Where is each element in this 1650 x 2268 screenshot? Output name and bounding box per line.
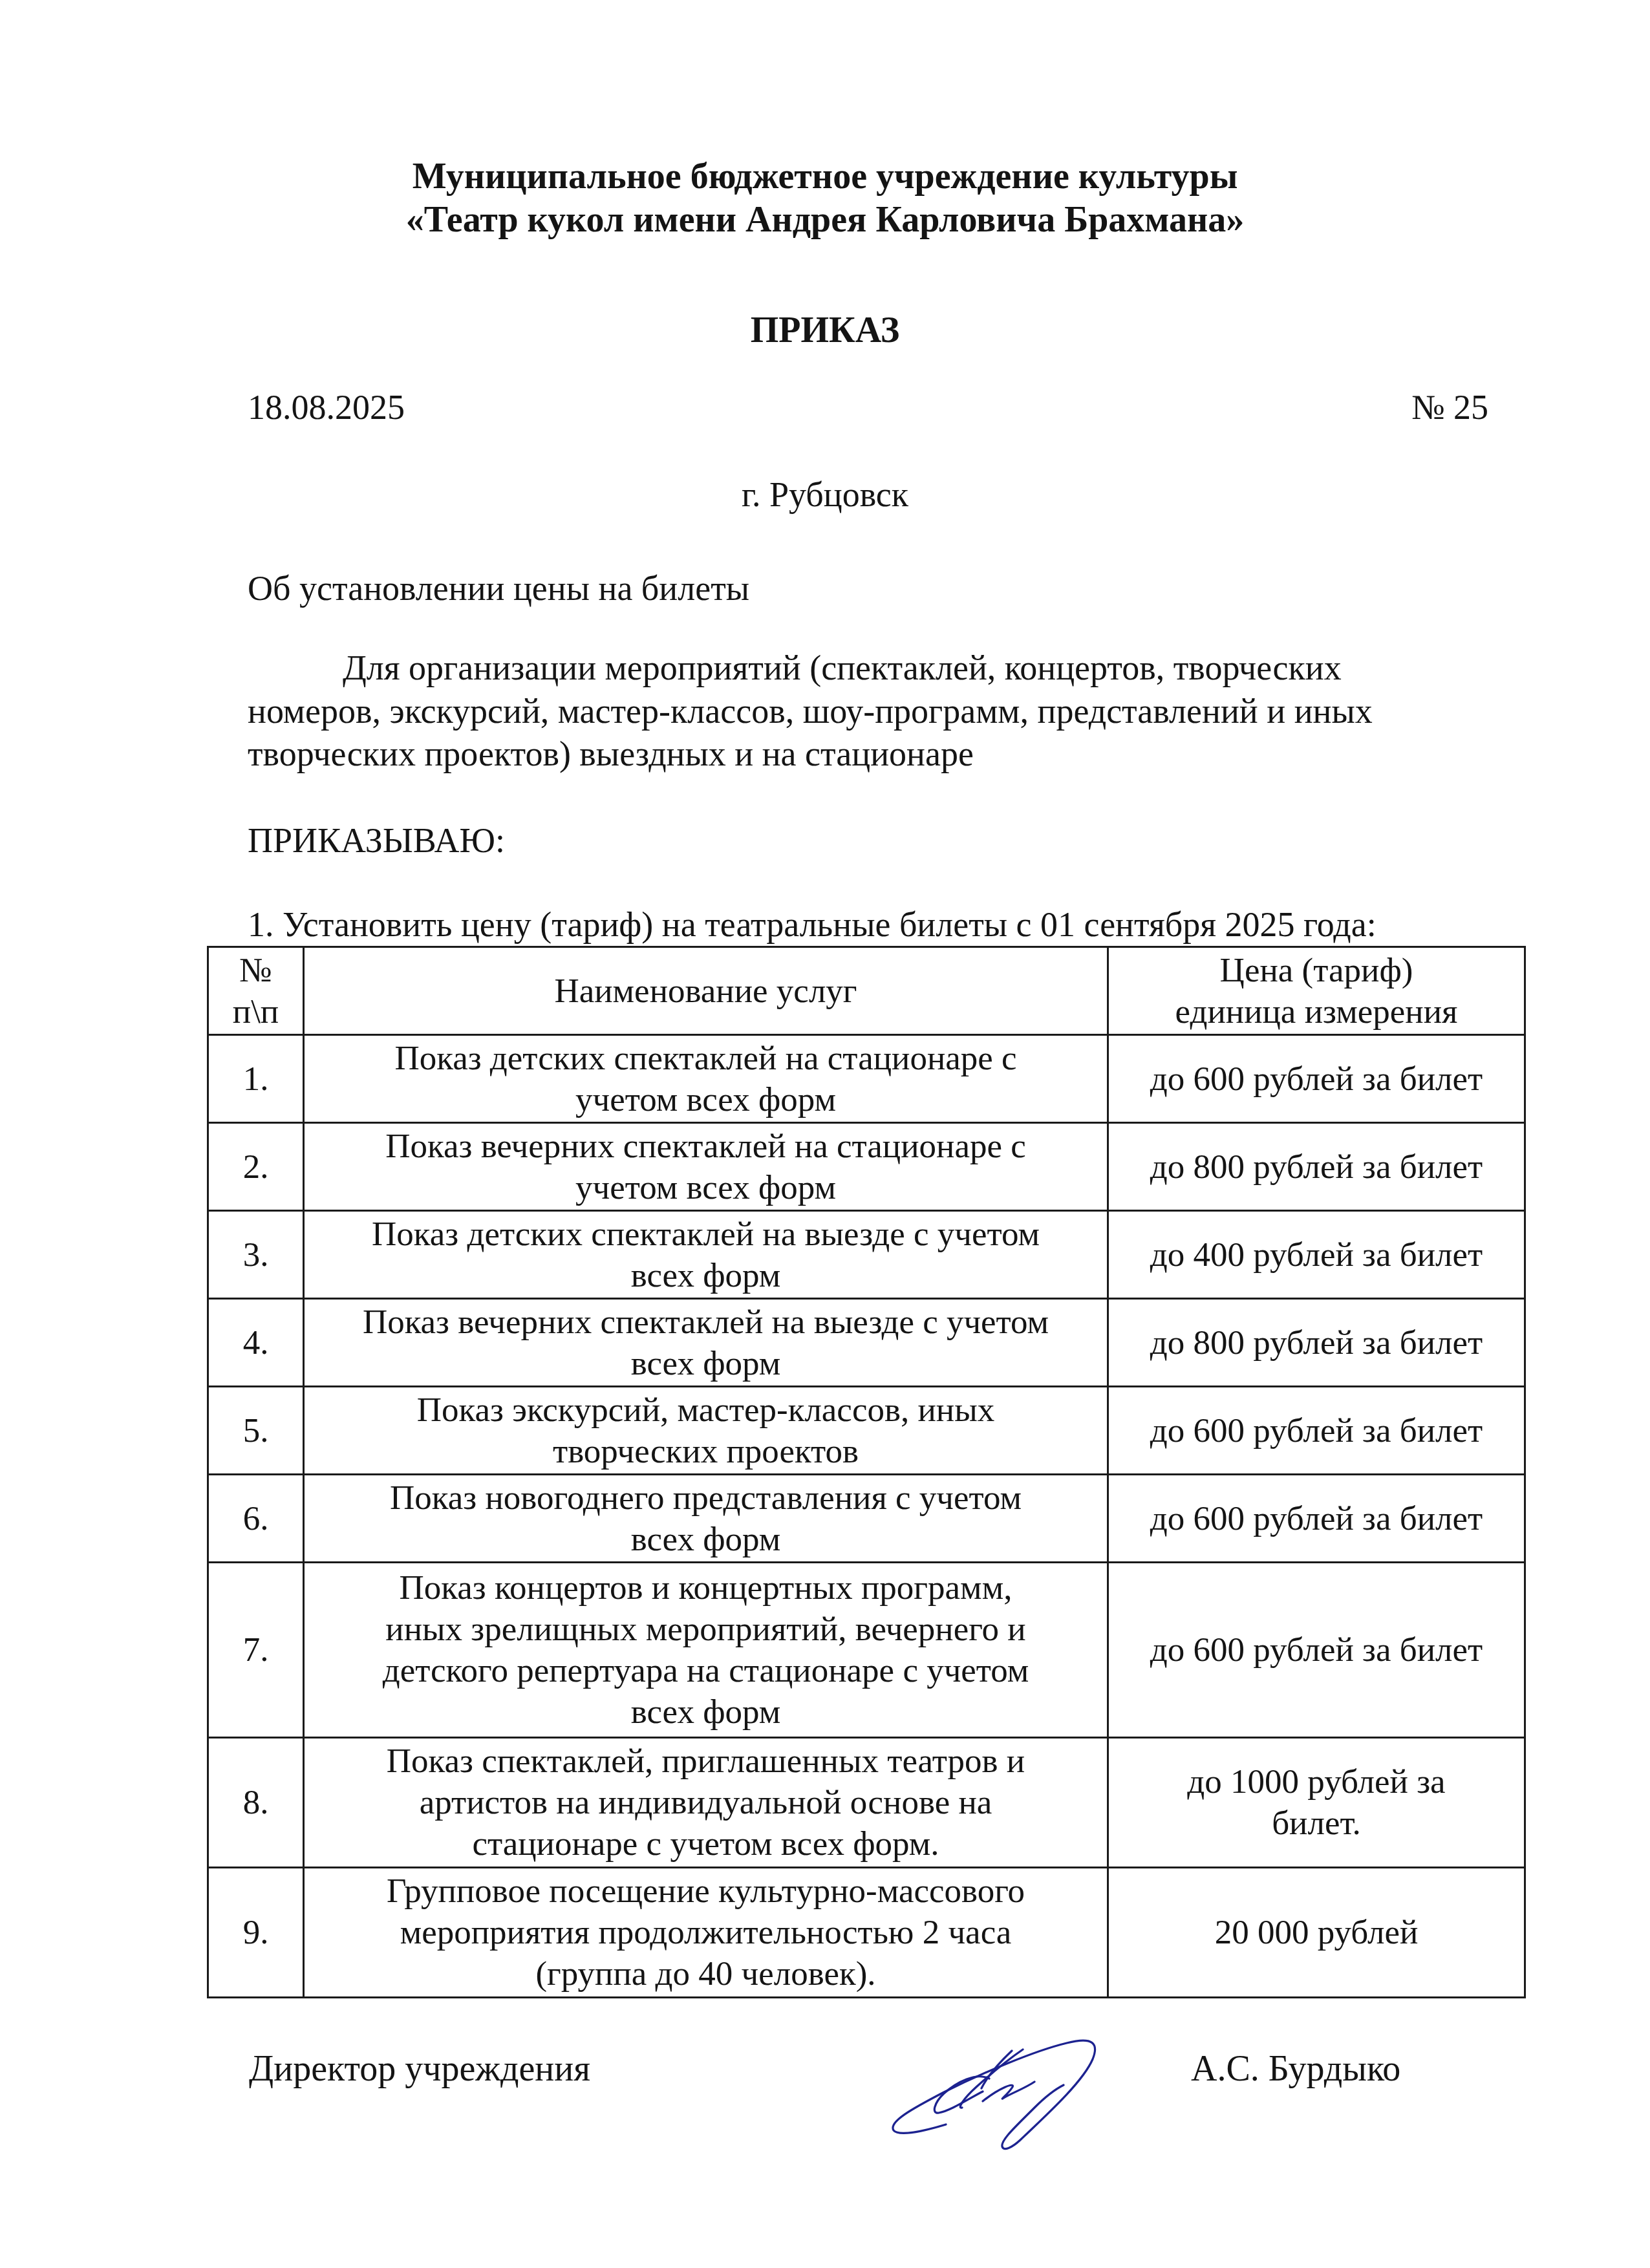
service-name: Групповое посещение культурно-массовогом… <box>304 1868 1108 1998</box>
table-row: 6.Показ новогоднего представления с учет… <box>208 1475 1525 1563</box>
order-item-1: 1. Установить цену (тариф) на театральны… <box>248 907 1377 942</box>
header-service-name: Наименование услуг <box>304 947 1108 1035</box>
service-name-line: всех форм <box>311 1519 1100 1560</box>
preamble-line-2: номеров, экскурсий, мастер-классов, шоу-… <box>248 694 1373 729</box>
service-name-line: Групповое посещение культурно-массового <box>311 1870 1100 1912</box>
row-number: 3. <box>208 1211 304 1299</box>
service-name-line: иных зрелищных мероприятий, вечернего и <box>311 1609 1100 1650</box>
service-name: Показ вечерних спектаклей на стационаре … <box>304 1123 1108 1211</box>
service-name-line: учетом всех форм <box>311 1167 1100 1208</box>
service-price: до 800 рублей за билет <box>1108 1123 1525 1211</box>
service-price-line: до 800 рублей за билет <box>1115 1146 1517 1188</box>
header-number-line-2: п\п <box>215 991 296 1032</box>
row-number: 5. <box>208 1387 304 1475</box>
preamble-line-3: творческих проектов) выездных и на стаци… <box>248 736 974 771</box>
service-price-line: до 1000 рублей за <box>1115 1761 1517 1803</box>
service-name-line: мероприятия продолжительностью 2 часа <box>311 1912 1100 1953</box>
document-subject: Об установлении цены на билеты <box>248 571 749 606</box>
row-number: 8. <box>208 1738 304 1868</box>
service-name: Показ новогоднего представления с учетом… <box>304 1475 1108 1563</box>
service-price-line: до 600 рублей за билет <box>1115 1410 1517 1451</box>
service-price: до 600 рублей за билет <box>1108 1035 1525 1123</box>
service-price-line: до 400 рублей за билет <box>1115 1234 1517 1276</box>
service-name-line: учетом всех форм <box>311 1079 1100 1120</box>
service-name-line: Показ спектаклей, приглашенных театров и <box>311 1740 1100 1782</box>
header-price-line-1: Цена (тариф) <box>1115 950 1517 991</box>
service-name-line: всех форм <box>311 1691 1100 1733</box>
header-number-line-1: № <box>215 950 296 991</box>
table-row: 1.Показ детских спектаклей на стационаре… <box>208 1035 1525 1123</box>
row-number: 7. <box>208 1563 304 1738</box>
document-number: № 25 <box>1411 390 1488 425</box>
service-price: до 400 рублей за билет <box>1108 1211 1525 1299</box>
document-city: г. Рубцовск <box>0 477 1650 512</box>
document-date: 18.08.2025 <box>248 390 405 425</box>
table-row: 9.Групповое посещение культурно-массовог… <box>208 1868 1525 1998</box>
service-name-line: всех форм <box>311 1343 1100 1384</box>
price-table: № п\п Наименование услуг Цена (тариф) ед… <box>207 946 1526 1998</box>
service-name-line: стационаре с учетом всех форм. <box>311 1823 1100 1865</box>
table-row: 7.Показ концертов и концертных программ,… <box>208 1563 1525 1738</box>
header-price-line-2: единица измерения <box>1115 991 1517 1032</box>
row-number: 2. <box>208 1123 304 1211</box>
service-name-line: детского репертуара на стационаре с учет… <box>311 1650 1100 1691</box>
service-name: Показ экскурсий, мастер-классов, иныхтво… <box>304 1387 1108 1475</box>
service-name-line: Показ новогоднего представления с учетом <box>311 1477 1100 1519</box>
service-name-line: Показ детских спектаклей на выезде с уче… <box>311 1214 1100 1255</box>
service-price: до 600 рублей за билет <box>1108 1387 1525 1475</box>
service-price: до 1000 рублей забилет. <box>1108 1738 1525 1868</box>
table-row: 4.Показ вечерних спектаклей на выезде с … <box>208 1299 1525 1387</box>
service-price-line: до 600 рублей за билет <box>1115 1629 1517 1671</box>
service-price: до 800 рублей за билет <box>1108 1299 1525 1387</box>
service-name: Показ детских спектаклей на стационаре с… <box>304 1035 1108 1123</box>
service-name-line: Показ концертов и концертных программ, <box>311 1567 1100 1609</box>
order-word: ПРИКАЗЫВАЮ: <box>248 823 505 858</box>
service-price-line: до 600 рублей за билет <box>1115 1498 1517 1539</box>
service-name: Показ спектаклей, приглашенных театров и… <box>304 1738 1108 1868</box>
service-name-line: Показ вечерних спектаклей на стационаре … <box>311 1126 1100 1167</box>
signatory-name: А.С. Бурдыко <box>1191 2051 1400 2087</box>
service-name: Показ вечерних спектаклей на выезде с уч… <box>304 1299 1108 1387</box>
table-row: 8.Показ спектаклей, приглашенных театров… <box>208 1738 1525 1868</box>
table-header-row: № п\п Наименование услуг Цена (тариф) ед… <box>208 947 1525 1035</box>
service-price: 20 000 рублей <box>1108 1868 1525 1998</box>
service-name-line: Показ вечерних спектаклей на выезде с уч… <box>311 1301 1100 1343</box>
service-name: Показ концертов и концертных программ,ин… <box>304 1563 1108 1738</box>
service-price-line: до 600 рублей за билет <box>1115 1058 1517 1100</box>
table-row: 2.Показ вечерних спектаклей на стационар… <box>208 1123 1525 1211</box>
org-name-line-1: Муниципальное бюджетное учреждение культ… <box>0 158 1650 195</box>
header-price: Цена (тариф) единица измерения <box>1108 947 1525 1035</box>
signatory-position: Директор учреждения <box>249 2051 590 2087</box>
service-name-line: (группа до 40 человек). <box>311 1953 1100 1995</box>
service-price-line: до 800 рублей за билет <box>1115 1322 1517 1364</box>
service-name-line: всех форм <box>311 1255 1100 1296</box>
service-name-line: Показ экскурсий, мастер-классов, иных <box>311 1389 1100 1431</box>
service-name-line: Показ детских спектаклей на стационаре с <box>311 1038 1100 1079</box>
signature-icon <box>886 2011 1119 2159</box>
preamble-line-1: Для организации мероприятий (спектаклей,… <box>343 650 1342 685</box>
table-row: 5.Показ экскурсий, мастер-классов, иныхт… <box>208 1387 1525 1475</box>
service-price: до 600 рублей за билет <box>1108 1563 1525 1738</box>
service-price-line: 20 000 рублей <box>1115 1912 1517 1953</box>
service-price: до 600 рублей за билет <box>1108 1475 1525 1563</box>
row-number: 9. <box>208 1868 304 1998</box>
row-number: 4. <box>208 1299 304 1387</box>
document-type-title: ПРИКАЗ <box>0 312 1650 348</box>
row-number: 1. <box>208 1035 304 1123</box>
service-name-line: творческих проектов <box>311 1431 1100 1472</box>
table-row: 3.Показ детских спектаклей на выезде с у… <box>208 1211 1525 1299</box>
row-number: 6. <box>208 1475 304 1563</box>
header-number: № п\п <box>208 947 304 1035</box>
org-name-line-2: «Театр кукол имени Андрея Карловича Брах… <box>0 202 1650 238</box>
service-price-line: билет. <box>1115 1803 1517 1844</box>
service-name: Показ детских спектаклей на выезде с уче… <box>304 1211 1108 1299</box>
service-name-line: артистов на индивидуальной основе на <box>311 1782 1100 1823</box>
